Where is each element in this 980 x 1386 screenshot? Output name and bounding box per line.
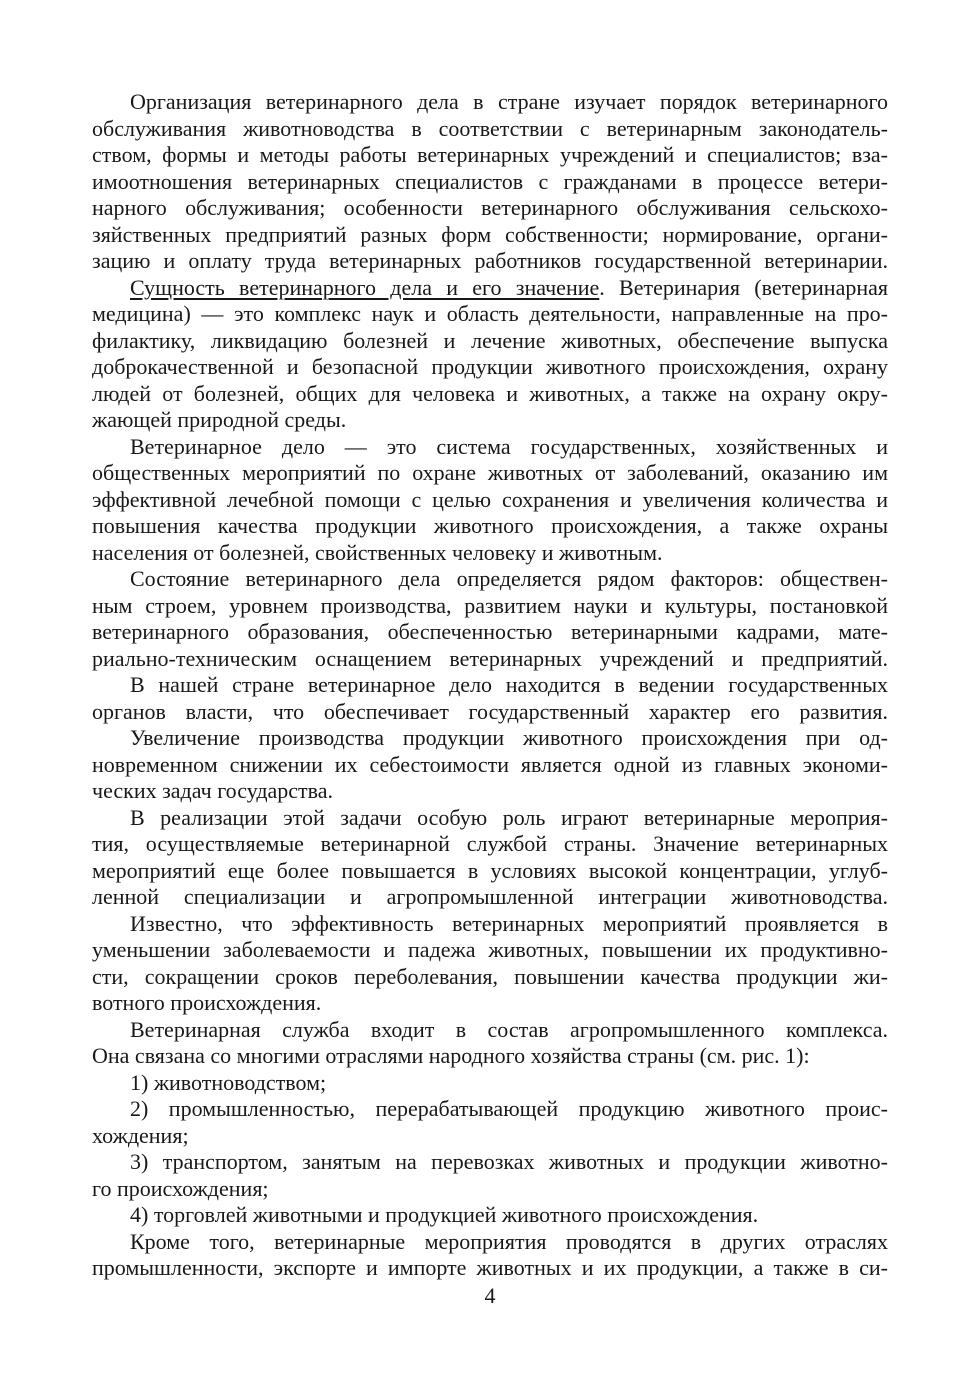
text-line: Организация ветеринарного дела в стране … xyxy=(92,89,888,116)
text-line: эффективной лечебной помощи с целью сохр… xyxy=(92,487,888,514)
text-line: Увеличение производства продукции животн… xyxy=(92,725,888,752)
text-line: Ветеринарная служба входит в состав агро… xyxy=(92,1017,888,1044)
text-line: зацию и оплату труда ветеринарных работн… xyxy=(92,248,888,275)
text-line: 2) промышленностью, перерабатывающей про… xyxy=(92,1096,888,1123)
text-line: медицина) — это комплекс наук и область … xyxy=(92,301,888,328)
text-line: тия, осуществляемые ветеринарной службой… xyxy=(92,831,888,858)
text-line: имоотношения ветеринарных специалистов с… xyxy=(92,169,888,196)
page-number: 4 xyxy=(92,1283,888,1310)
text-line: вотного происхождения. xyxy=(92,990,888,1017)
text-line: мероприятий еще более повышается в услов… xyxy=(92,858,888,885)
text-line: общественных мероприятий по охране живот… xyxy=(92,460,888,487)
text-line: В реализации этой задачи особую роль игр… xyxy=(92,805,888,832)
text-segment: . Ветеринария (ветеринарная xyxy=(599,275,888,300)
text-line: Известно, что эффективность ветеринарных… xyxy=(92,911,888,938)
text-line: хождения; xyxy=(92,1123,888,1150)
text-line: го происхождения; xyxy=(92,1176,888,1203)
text-line: 4) торговлей животными и продукцией живо… xyxy=(92,1202,888,1229)
text-line: Состояние ветеринарного дела определяетс… xyxy=(92,566,888,593)
text-block: Организация ветеринарного дела в стране … xyxy=(92,89,888,1282)
text-line: В нашей стране ветеринарное дело находит… xyxy=(92,672,888,699)
text-line: новременном снижении их себестоимости яв… xyxy=(92,752,888,779)
text-line: Кроме того, ветеринарные мероприятия про… xyxy=(92,1229,888,1256)
text-line: ческих задач государства. xyxy=(92,778,888,805)
text-line: сти, сокращении сроков переболевания, по… xyxy=(92,964,888,991)
underlined-heading: Сущность ветеринарного дела и его значен… xyxy=(130,275,599,300)
text-line: повышения качества продукции животного п… xyxy=(92,513,888,540)
document-page: Организация ветеринарного дела в стране … xyxy=(0,0,980,1386)
text-line: ством, формы и методы работы ветеринарны… xyxy=(92,142,888,169)
text-line: ленной специализации и агропромышленной … xyxy=(92,884,888,911)
text-line: Она связана со многими отраслями народно… xyxy=(92,1043,888,1070)
text-line: Сущность ветеринарного дела и его значен… xyxy=(92,275,888,302)
text-line: Ветеринарное дело — это система государс… xyxy=(92,434,888,461)
text-line: промышленности, экспорте и импорте живот… xyxy=(92,1255,888,1282)
text-line: 1) животноводством; xyxy=(92,1070,888,1097)
text-line: жающей природной среды. xyxy=(92,407,888,434)
text-line: зяйственных предприятий разных форм собс… xyxy=(92,222,888,249)
text-line: доброкачественной и безопасной продукции… xyxy=(92,354,888,381)
text-line: ветеринарного образования, обеспеченност… xyxy=(92,619,888,646)
text-line: филактику, ликвидацию болезней и лечение… xyxy=(92,328,888,355)
text-line: людей от болезней, общих для человека и … xyxy=(92,381,888,408)
text-line: органов власти, что обеспечивает государ… xyxy=(92,699,888,726)
text-line: уменьшении заболеваемости и падежа живот… xyxy=(92,937,888,964)
text-line: нарного обслуживания; особенности ветери… xyxy=(92,195,888,222)
text-line: обслуживания животноводства в соответств… xyxy=(92,116,888,143)
text-line: риально-техническим оснащением ветеринар… xyxy=(92,646,888,673)
text-line: населения от болезней, свойственных чело… xyxy=(92,540,888,567)
text-line: ным строем, уровнем производства, развит… xyxy=(92,593,888,620)
text-line: 3) транспортом, занятым на перевозках жи… xyxy=(92,1149,888,1176)
